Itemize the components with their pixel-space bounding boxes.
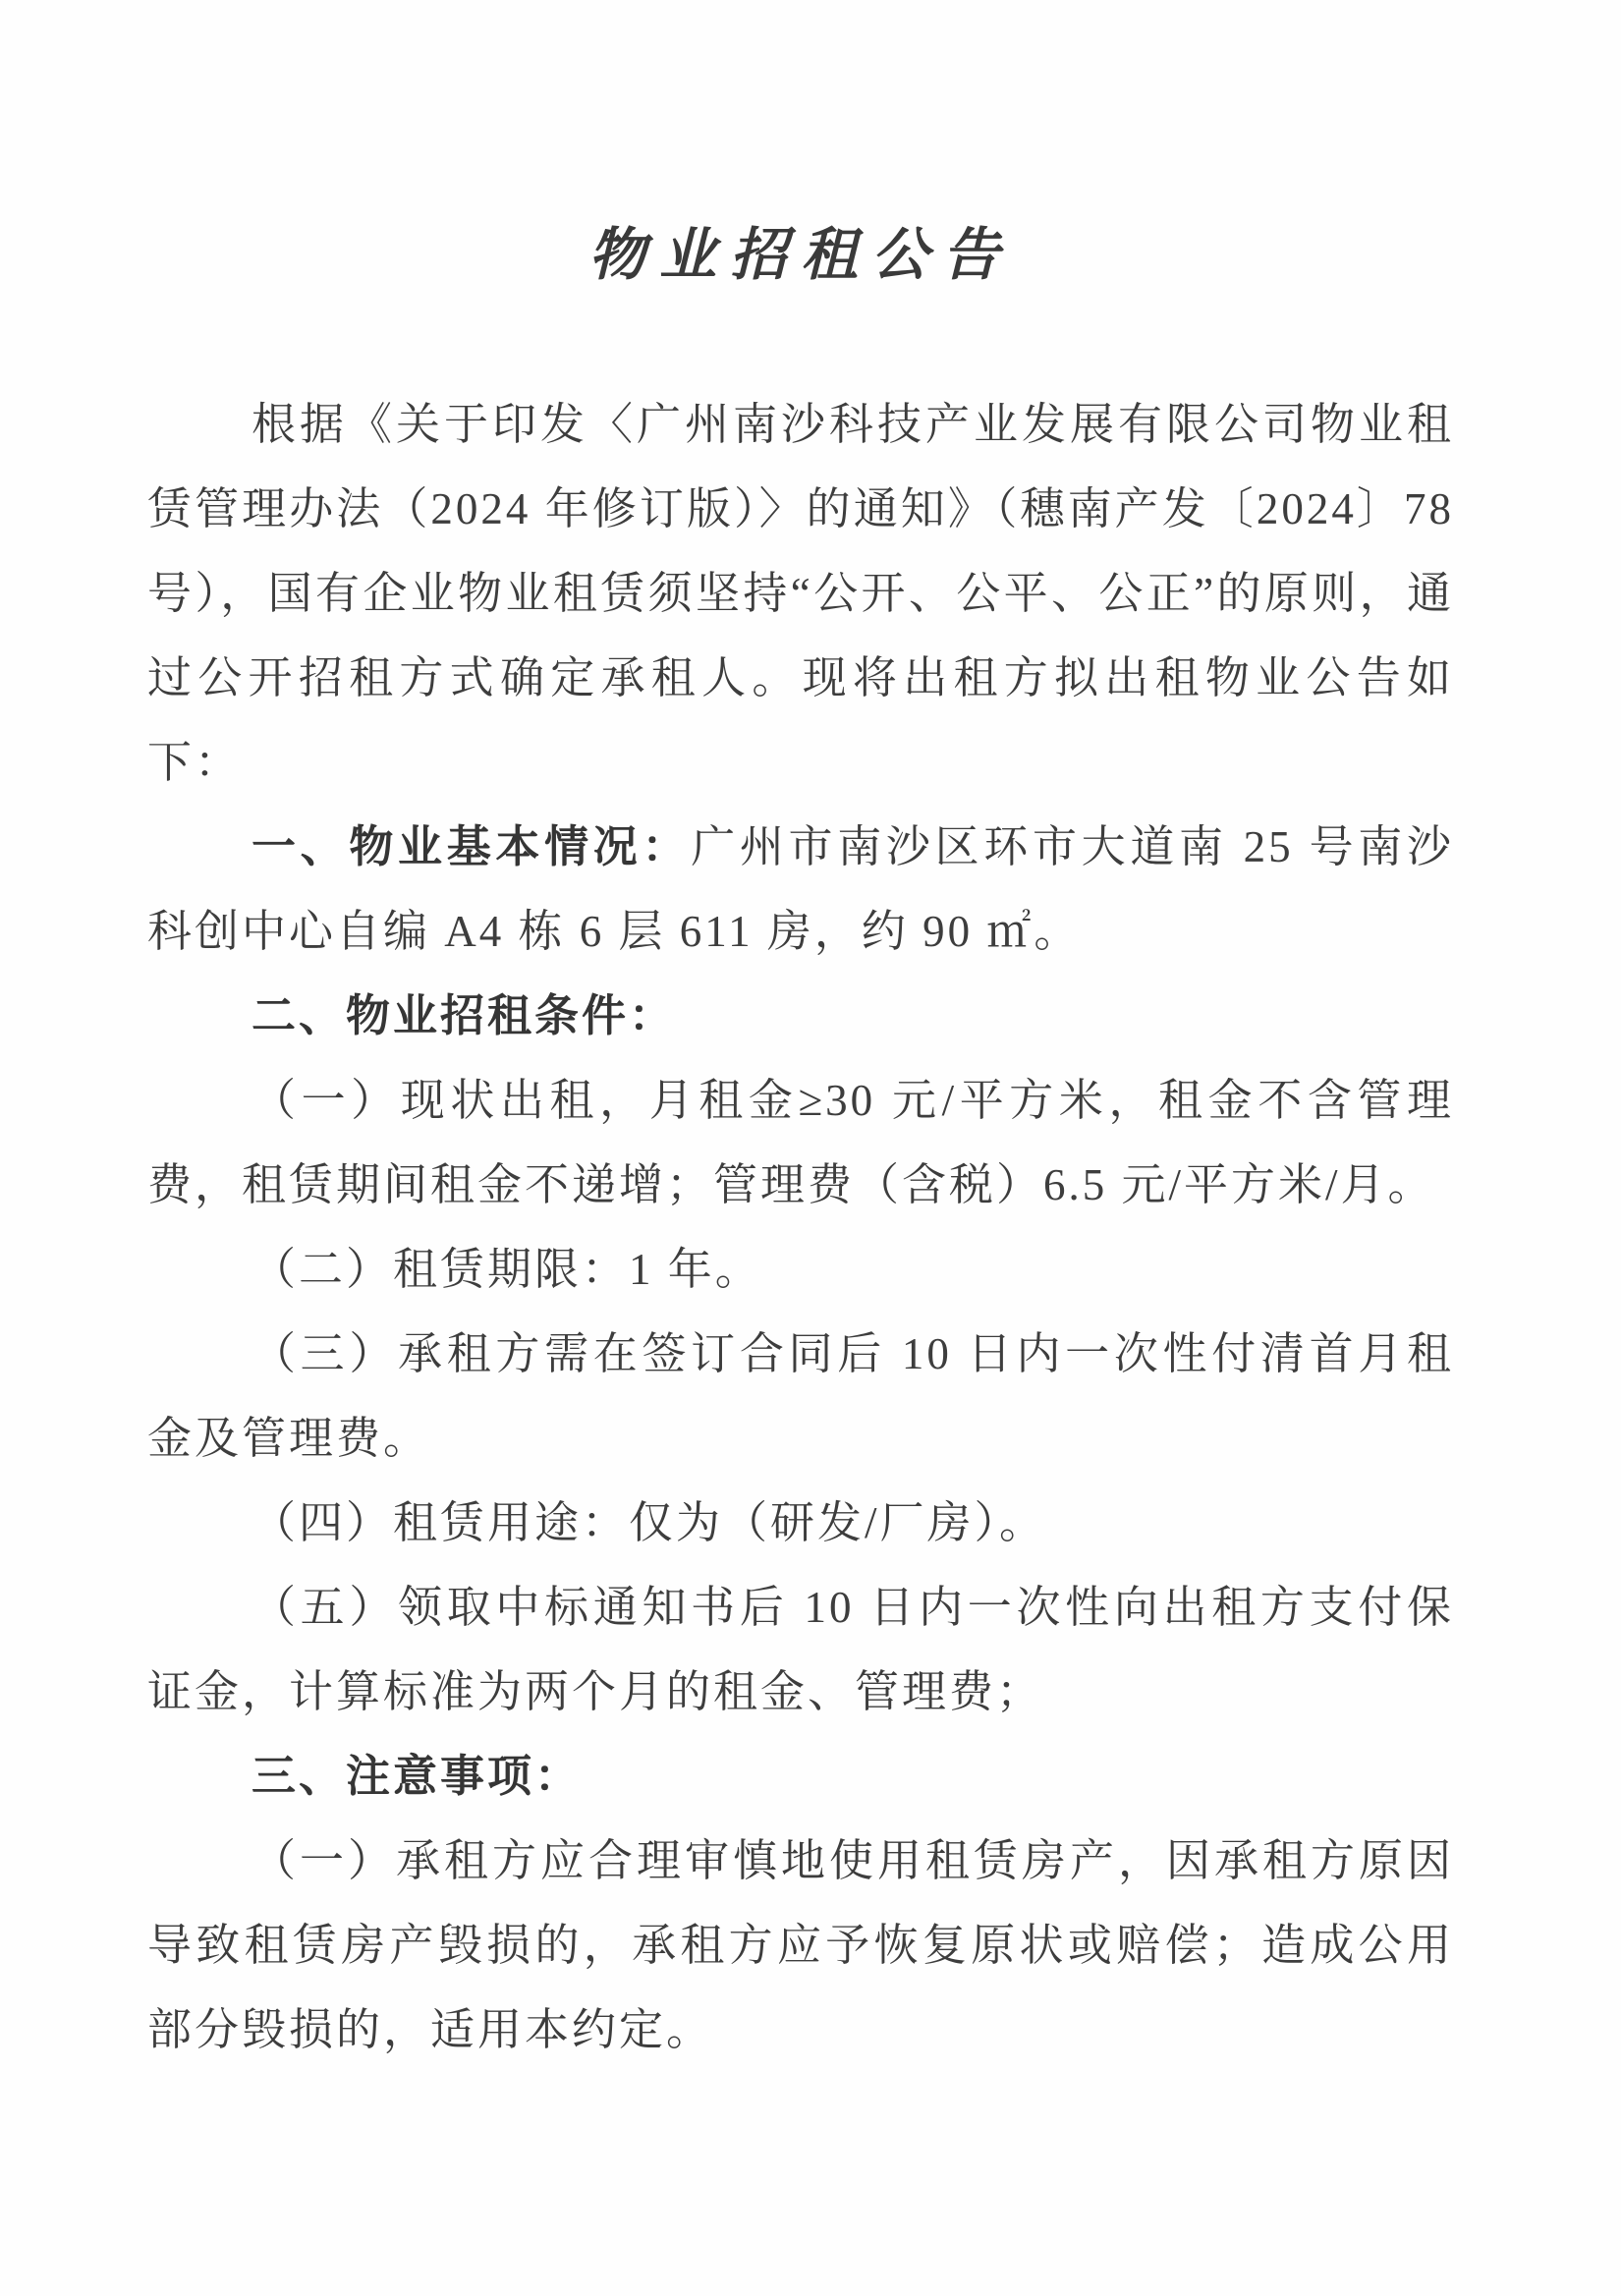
paragraph: 二、物业招租条件： — [147, 974, 1454, 1058]
section-heading: 二、物业招租条件： — [252, 990, 676, 1040]
body-text: （五）领取中标通知书后 10 日内一次性向出租方支付保证金，计算标准为两个月的租… — [147, 1583, 1454, 1716]
paragraph: 根据《关于印发〈广州南沙科技产业发展有限公司物业租赁管理办法（2024 年修订版… — [147, 382, 1454, 805]
body-text: （四）租赁用途：仅为（研发/厂房）。 — [252, 1498, 1046, 1547]
paragraph: 三、注意事项： — [147, 1734, 1454, 1819]
body-text: （一）承租方应合理审慎地使用租赁房产，因承租方原因导致租赁房产毁损的，承租方应予… — [147, 1836, 1454, 2054]
document-body: 根据《关于印发〈广州南沙科技产业发展有限公司物业租赁管理办法（2024 年修订版… — [147, 382, 1454, 2072]
paragraph: 一、物业基本情况：广州市南沙区环市大道南 25 号南沙科创中心自编 A4 栋 6… — [147, 805, 1454, 974]
paragraph: （五）领取中标通知书后 10 日内一次性向出租方支付保证金，计算标准为两个月的租… — [147, 1565, 1454, 1734]
paragraph: （一）现状出租，月租金≥30 元/平方米，租金不含管理费，租赁期间租金不递增；管… — [147, 1058, 1454, 1227]
paragraph: （四）租赁用途：仅为（研发/厂房）。 — [147, 1481, 1454, 1565]
document-title: 物业招租公告 — [147, 208, 1454, 291]
paragraph: （二）租赁期限：1 年。 — [147, 1227, 1454, 1312]
body-text: （三）承租方需在签订合同后 10 日内一次性付清首月租金及管理费。 — [147, 1329, 1454, 1463]
section-heading: 三、注意事项： — [252, 1751, 582, 1801]
body-text: （一）现状出租，月租金≥30 元/平方米，租金不含管理费，租赁期间租金不递增；管… — [147, 1076, 1454, 1209]
body-text: 根据《关于印发〈广州南沙科技产业发展有限公司物业租赁管理办法（2024 年修订版… — [147, 400, 1454, 787]
paragraph: （三）承租方需在签订合同后 10 日内一次性付清首月租金及管理费。 — [147, 1312, 1454, 1481]
paragraph: （一）承租方应合理审慎地使用租赁房产，因承租方原因导致租赁房产毁损的，承租方应予… — [147, 1819, 1454, 2072]
body-text: （二）租赁期限：1 年。 — [252, 1245, 762, 1294]
section-heading: 一、物业基本情况： — [252, 821, 691, 871]
document-page: 物业招租公告 根据《关于印发〈广州南沙科技产业发展有限公司物业租赁管理办法（20… — [0, 0, 1621, 2296]
